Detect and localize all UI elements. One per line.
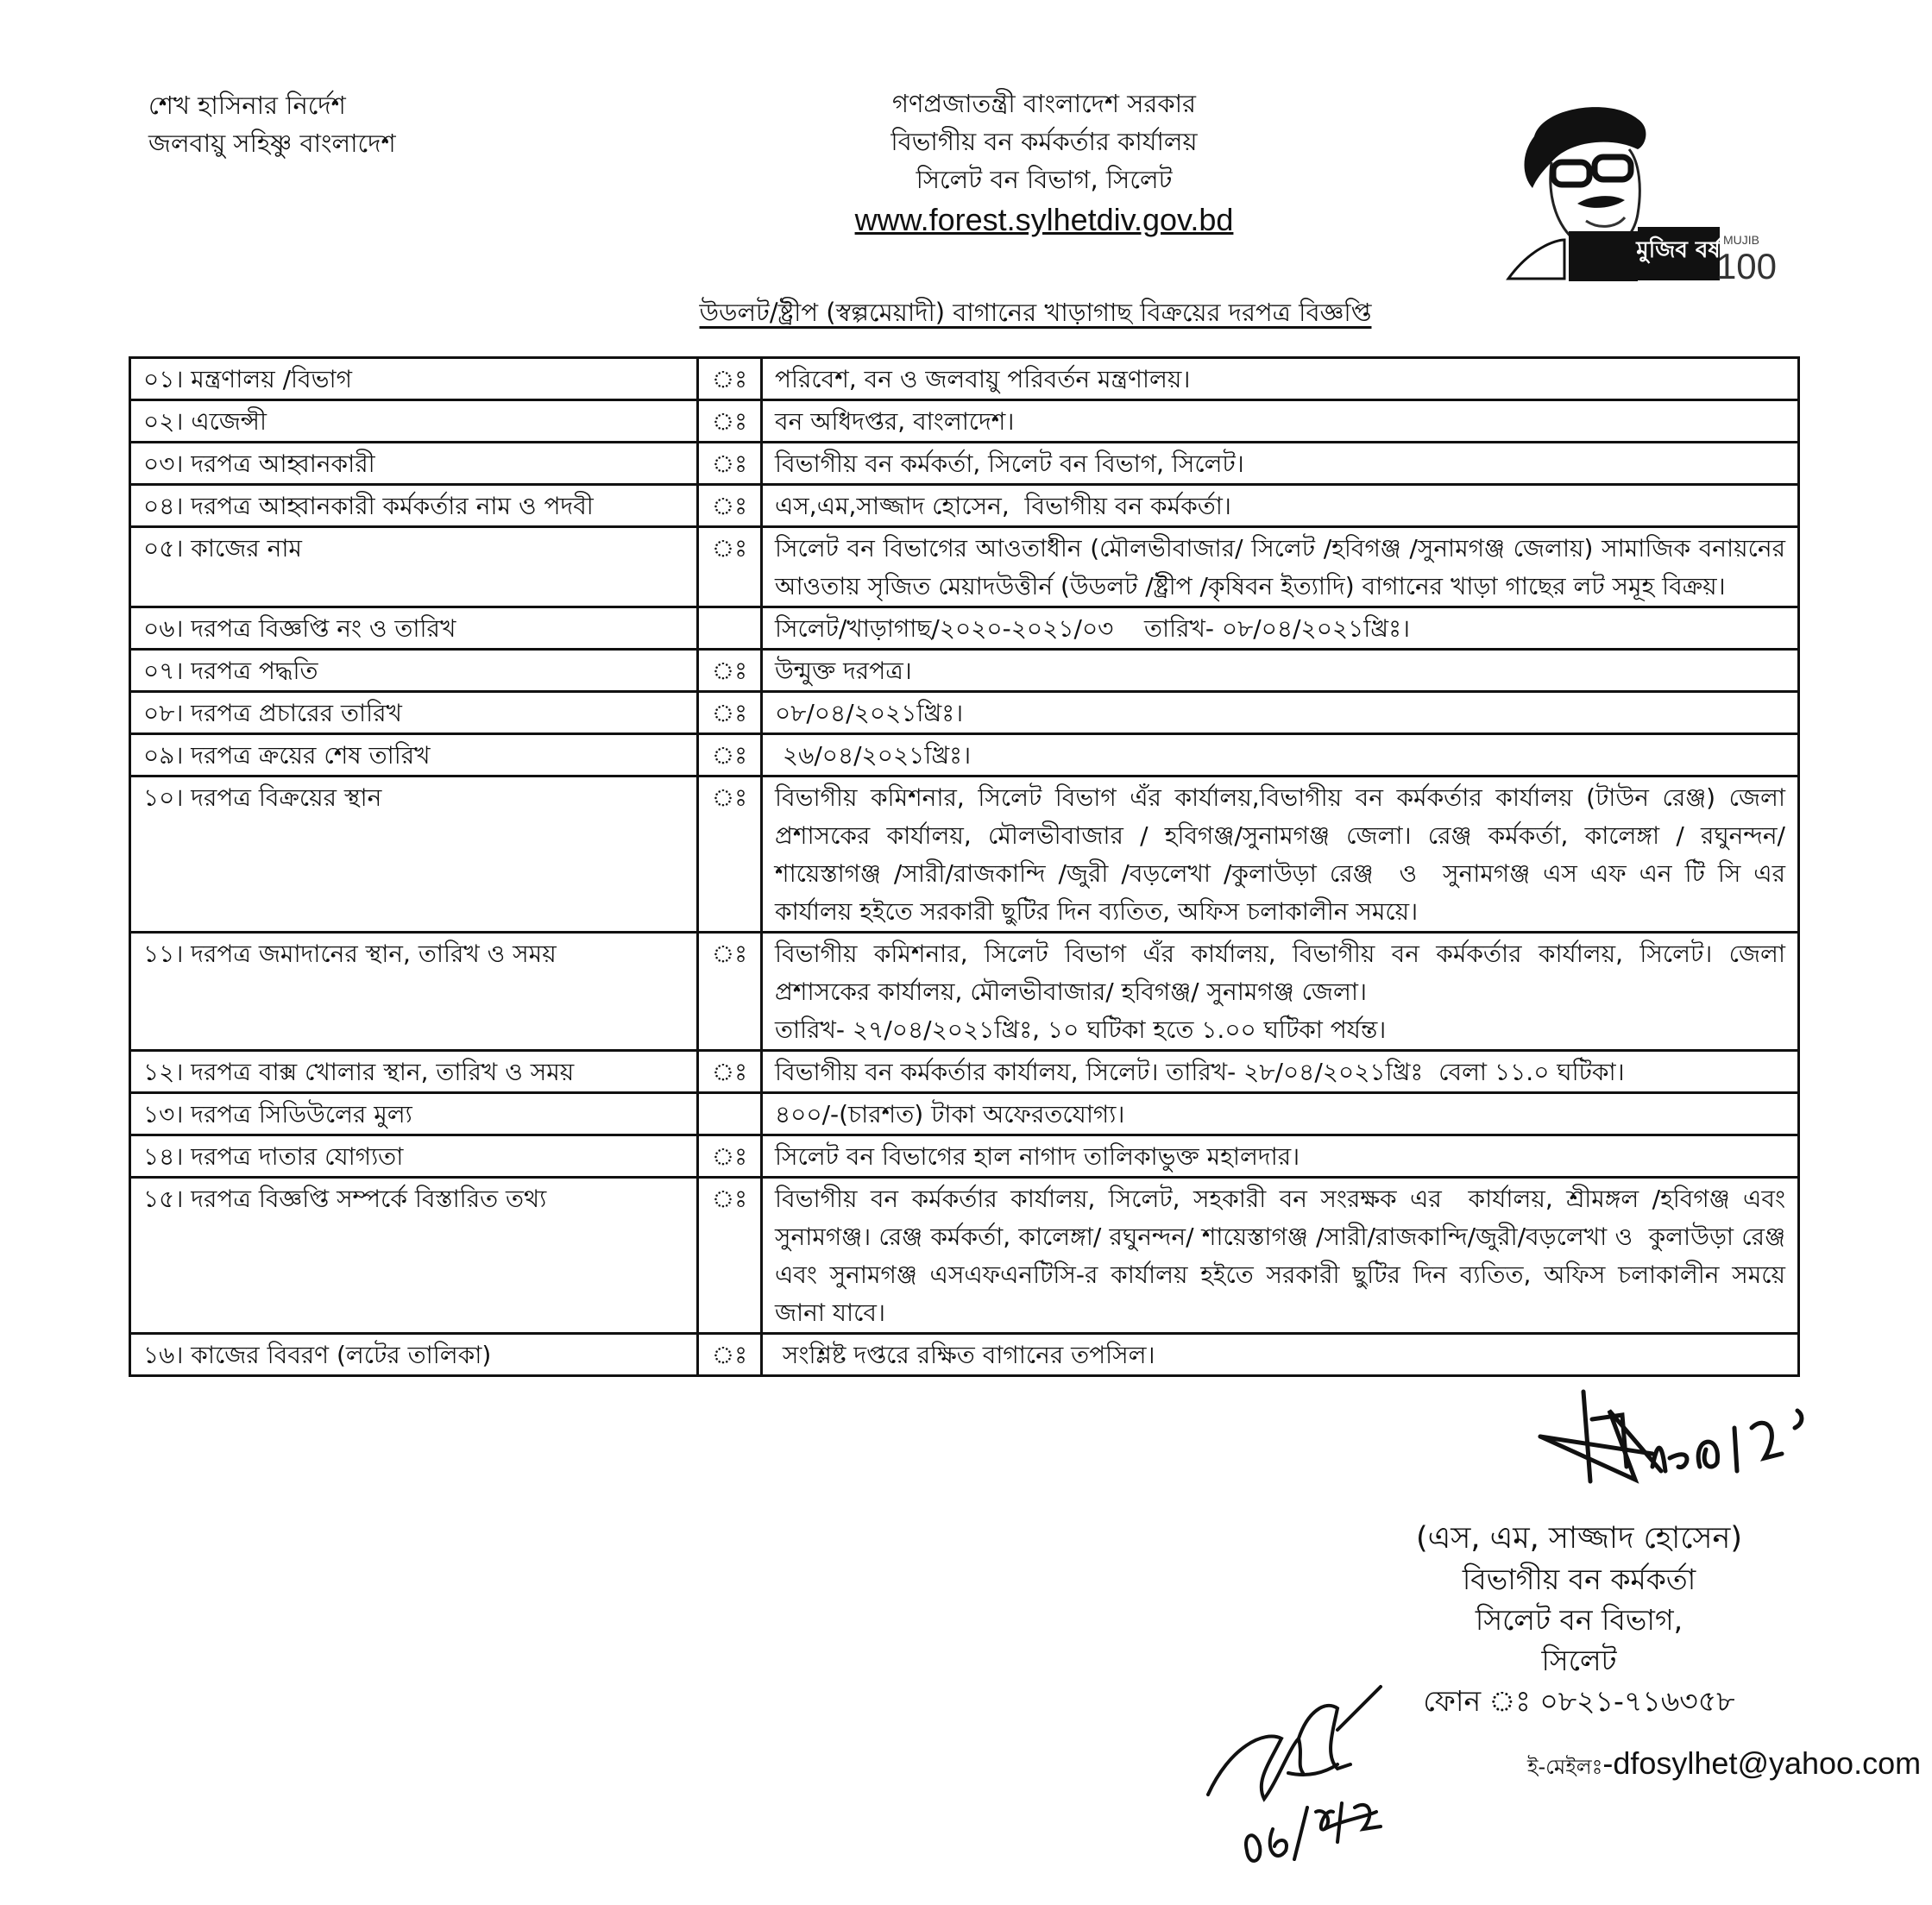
table-row: ১৩। দরপত্র সিডিউলের মুল্য৪০০/-(চারশত) টা…	[130, 1093, 1799, 1135]
row-value: সিলেট বন বিভাগের হাল নাগাদ তালিকাভুক্ত ম…	[762, 1135, 1799, 1178]
website-link[interactable]: www.forest.sylhetdiv.gov.bd	[759, 198, 1329, 242]
email-label: ই-মেইলঃ	[1527, 1755, 1602, 1779]
motto-line-2: জলবায়ু সহিষ্ণু বাংলাদেশ	[148, 124, 396, 162]
motto-line-1: শেখ হাসিনার নির্দেশ	[148, 86, 396, 124]
row-label: ০৯। দরপত্র ক্রয়ের শেষ তারিখ	[130, 734, 698, 776]
row-label: ১৫। দরপত্র বিজ্ঞপ্তি সম্পর্কে বিস্তারিত …	[130, 1178, 698, 1334]
table-row: ০৭। দরপত্র পদ্ধতিঃউন্মুক্ত দরপত্র।	[130, 650, 1799, 692]
table-row: ১৬। কাজের বিবরণ (লটের তালিকা)ঃ সংশ্লিষ্ট…	[130, 1334, 1799, 1376]
officer-designation: বিভাগীয় বন কর্মকর্তা	[1381, 1559, 1778, 1600]
table-row: ০৫। কাজের নামঃসিলেট বন বিভাগের আওতাধীন (…	[130, 527, 1799, 607]
officer-office: সিলেট বন বিভাগ,	[1381, 1600, 1778, 1640]
handwritten-initials	[1195, 1635, 1480, 1885]
row-separator: ঃ	[698, 485, 762, 527]
table-row: ১১। দরপত্র জমাদানের স্থান, তারিখ ও সময়ঃ…	[130, 933, 1799, 1051]
row-value: বিভাগীয় কমিশনার, সিলেট বিভাগ এঁর কার্যা…	[762, 933, 1799, 1051]
row-value: সিলেট/খাড়াগাছ/২০২০-২০২১/০৩ তারিখ- ০৮/০৪…	[762, 607, 1799, 650]
table-row: ০৬। দরপত্র বিজ্ঞপ্তি নং ও তারিখসিলেট/খাড…	[130, 607, 1799, 650]
svg-text:MUJIB: MUJIB	[1723, 233, 1759, 247]
row-separator: ঃ	[698, 1051, 762, 1093]
row-label: ০৫। কাজের নাম	[130, 527, 698, 607]
table-row: ১০। দরপত্র বিক্রয়ের স্থানঃবিভাগীয় কমিশ…	[130, 776, 1799, 933]
officer-name: (এস, এম, সাজ্জাদ হোসেন)	[1381, 1518, 1778, 1559]
office-name: বিভাগীয় বন কর্মকর্তার কার্যালয়	[759, 123, 1329, 160]
row-label: ১৬। কাজের বিবরণ (লটের তালিকা)	[130, 1334, 698, 1376]
motto-block: শেখ হাসিনার নির্দেশ জলবায়ু সহিষ্ণু বাংল…	[148, 86, 396, 162]
row-label: ০৮। দরপত্র প্রচারের তারিখ	[130, 692, 698, 734]
table-row: ০১। মন্ত্রণালয় /বিভাগঃপরিবেশ, বন ও জলবা…	[130, 358, 1799, 400]
row-label: ০৭। দরপত্র পদ্ধতি	[130, 650, 698, 692]
table-row: ০২। এজেন্সীঃবন অধিদপ্তর, বাংলাদেশ।	[130, 400, 1799, 443]
table-row: ০৩। দরপত্র আহ্বানকারীঃবিভাগীয় বন কর্মকর…	[130, 443, 1799, 485]
row-value: পরিবেশ, বন ও জলবায়ু পরিবর্তন মন্ত্রণালয…	[762, 358, 1799, 400]
row-label: ০৩। দরপত্র আহ্বানকারী	[130, 443, 698, 485]
row-value: ৪০০/-(চারশত) টাকা অফেরতযোগ্য।	[762, 1093, 1799, 1135]
government-name: গণপ্রজাতন্ত্রী বাংলাদেশ সরকার	[759, 85, 1329, 123]
table-row: ০৪। দরপত্র আহ্বানকারী কর্মকর্তার নাম ও প…	[130, 485, 1799, 527]
row-value: বন অধিদপ্তর, বাংলাদেশ।	[762, 400, 1799, 443]
table-row: ১৫। দরপত্র বিজ্ঞপ্তি সম্পর্কে বিস্তারিত …	[130, 1178, 1799, 1334]
svg-text:মুজিব বর্ষ: মুজিব বর্ষ	[1635, 236, 1724, 264]
table-row: ১২। দরপত্র বাক্স খোলার স্থান, তারিখ ও সম…	[130, 1051, 1799, 1093]
row-separator: ঃ	[698, 734, 762, 776]
row-label: ০৬। দরপত্র বিজ্ঞপ্তি নং ও তারিখ	[130, 607, 698, 650]
row-label: ১৩। দরপত্র সিডিউলের মুল্য	[130, 1093, 698, 1135]
row-value: ২৬/০৪/২০২১খ্রিঃ।	[762, 734, 1799, 776]
row-value: বিভাগীয় বন কর্মকর্তা, সিলেট বন বিভাগ, স…	[762, 443, 1799, 485]
officer-signature	[1506, 1385, 1816, 1488]
row-separator: ঃ	[698, 776, 762, 933]
row-label: ১২। দরপত্র বাক্স খোলার স্থান, তারিখ ও সম…	[130, 1051, 698, 1093]
row-separator: ঃ	[698, 692, 762, 734]
table-row: ০৯। দরপত্র ক্রয়ের শেষ তারিখঃ ২৬/০৪/২০২১…	[130, 734, 1799, 776]
row-label: ১০। দরপত্র বিক্রয়ের স্থান	[130, 776, 698, 933]
row-separator	[698, 1093, 762, 1135]
table-row: ০৮। দরপত্র প্রচারের তারিখঃ০৮/০৪/২০২১খ্রি…	[130, 692, 1799, 734]
mujib-borsho-logo-icon: মুজিব বর্ষ MUJIB 100	[1482, 102, 1784, 283]
row-value: উন্মুক্ত দরপত্র।	[762, 650, 1799, 692]
row-value: বিভাগীয় বন কর্মকর্তার কার্যালয, সিলেট। …	[762, 1051, 1799, 1093]
row-separator: ঃ	[698, 1334, 762, 1376]
row-label: ০৪। দরপত্র আহ্বানকারী কর্মকর্তার নাম ও প…	[130, 485, 698, 527]
row-value: সংশ্লিষ্ট দপ্তরে রক্ষিত বাগানের তপসিল।	[762, 1334, 1799, 1376]
tender-details-table: ০১। মন্ত্রণালয় /বিভাগঃপরিবেশ, বন ও জলবা…	[129, 356, 1800, 1377]
row-separator: ঃ	[698, 443, 762, 485]
table-row: ১৪। দরপত্র দাতার যোগ্যতাঃসিলেট বন বিভাগে…	[130, 1135, 1799, 1178]
officer-email: ই-মেইলঃ-dfosylhet@yahoo.com	[1527, 1745, 1921, 1786]
row-label: ১১। দরপত্র জমাদানের স্থান, তারিখ ও সময়	[130, 933, 698, 1051]
row-label: ০২। এজেন্সী	[130, 400, 698, 443]
row-label: ১৪। দরপত্র দাতার যোগ্যতা	[130, 1135, 698, 1178]
row-value: বিভাগীয় কমিশনার, সিলেট বিভাগ এঁর কার্যা…	[762, 776, 1799, 933]
row-separator: ঃ	[698, 650, 762, 692]
row-value: সিলেট বন বিভাগের আওতাধীন (মৌলভীবাজার/ সি…	[762, 527, 1799, 607]
row-value: এস,এম,সাজ্জাদ হোসেন, বিভাগীয় বন কর্মকর্…	[762, 485, 1799, 527]
division-name: সিলেট বন বিভাগ, সিলেট	[759, 160, 1329, 198]
row-separator: ঃ	[698, 527, 762, 607]
row-value: বিভাগীয় বন কর্মকর্তার কার্যালয়, সিলেট,…	[762, 1178, 1799, 1334]
row-separator	[698, 607, 762, 650]
row-label: ০১। মন্ত্রণালয় /বিভাগ	[130, 358, 698, 400]
office-header: গণপ্রজাতন্ত্রী বাংলাদেশ সরকার বিভাগীয় ব…	[759, 85, 1329, 242]
row-separator: ঃ	[698, 358, 762, 400]
notice-title: উডলট/ষ্ট্রীপ (স্বল্পমেয়াদী) বাগানের খাড…	[604, 293, 1467, 336]
row-separator: ঃ	[698, 1135, 762, 1178]
row-value: ০৮/০৪/২০২১খ্রিঃ।	[762, 692, 1799, 734]
row-separator: ঃ	[698, 400, 762, 443]
row-separator: ঃ	[698, 933, 762, 1051]
row-separator: ঃ	[698, 1178, 762, 1334]
svg-text:100: 100	[1716, 246, 1777, 283]
email-address[interactable]: -dfosylhet@yahoo.com	[1602, 1745, 1921, 1781]
